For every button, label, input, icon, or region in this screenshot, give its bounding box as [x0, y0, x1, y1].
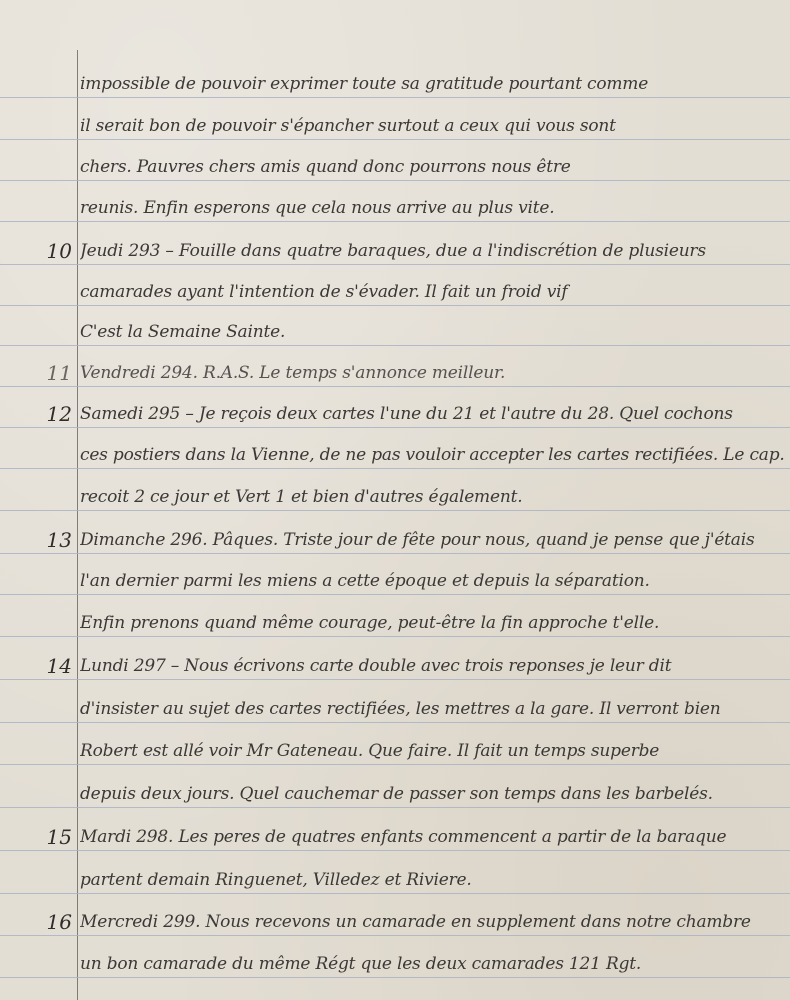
day-number: 10 [42, 234, 72, 268]
diary-text-line: reunis. Enfin esperons que cela nous arr… [80, 191, 784, 225]
diary-text-line: l'an dernier parmi les miens a cette épo… [80, 564, 784, 598]
diary-text-line: chers. Pauvres chers amis quand donc pou… [80, 150, 784, 184]
diary-text-line: Enfin prenons quand même courage, peut-ê… [80, 606, 784, 640]
day-number: 11 [42, 356, 72, 390]
diary-entry-heading-line: Samedi 295 – Je reçois deux cartes l'une… [80, 397, 784, 431]
diary-text-line: partent demain Ringuenet, Villedez et Ri… [80, 863, 784, 897]
diary-page: impossible de pouvoir exprimer toute sa … [0, 0, 790, 1000]
day-number: 14 [42, 649, 72, 683]
diary-text-line: un bon camarade du même Régt que les deu… [80, 947, 784, 981]
diary-text-line: depuis deux jours. Quel cauchemar de pas… [80, 777, 784, 811]
day-number: 15 [42, 820, 72, 854]
diary-text-line: C'est la Semaine Sainte. [80, 315, 784, 349]
day-number: 12 [42, 397, 72, 431]
diary-text-line: d'insister au sujet des cartes rectifiée… [80, 692, 784, 726]
diary-text-line: il serait bon de pouvoir s'épancher surt… [80, 109, 784, 143]
diary-entry-heading-line: Vendredi 294. R.A.S. Le temps s'annonce … [80, 356, 784, 390]
day-number: 13 [42, 523, 72, 557]
diary-entry-heading-line: Mardi 298. Les peres de quatres enfants … [80, 820, 784, 854]
diary-text-line: camarades ayant l'intention de s'évader.… [80, 275, 784, 309]
diary-text-line: recoit 2 ce jour et Vert 1 et bien d'aut… [80, 480, 784, 514]
diary-entry-heading-line: Lundi 297 – Nous écrivons carte double a… [80, 649, 784, 683]
margin-line [77, 50, 78, 1000]
diary-entry-heading-line: Jeudi 293 – Fouille dans quatre baraques… [80, 234, 784, 268]
diary-text-line: impossible de pouvoir exprimer toute sa … [80, 67, 784, 101]
diary-entry-heading-line: Dimanche 296. Pâques. Triste jour de fêt… [80, 523, 784, 557]
day-number: 16 [42, 905, 72, 939]
diary-entry-heading-line: Mercredi 299. Nous recevons un camarade … [80, 905, 784, 939]
diary-text-line: Robert est allé voir Mr Gateneau. Que fa… [80, 734, 784, 768]
diary-text-line: ces postiers dans la Vienne, de ne pas v… [80, 438, 784, 472]
